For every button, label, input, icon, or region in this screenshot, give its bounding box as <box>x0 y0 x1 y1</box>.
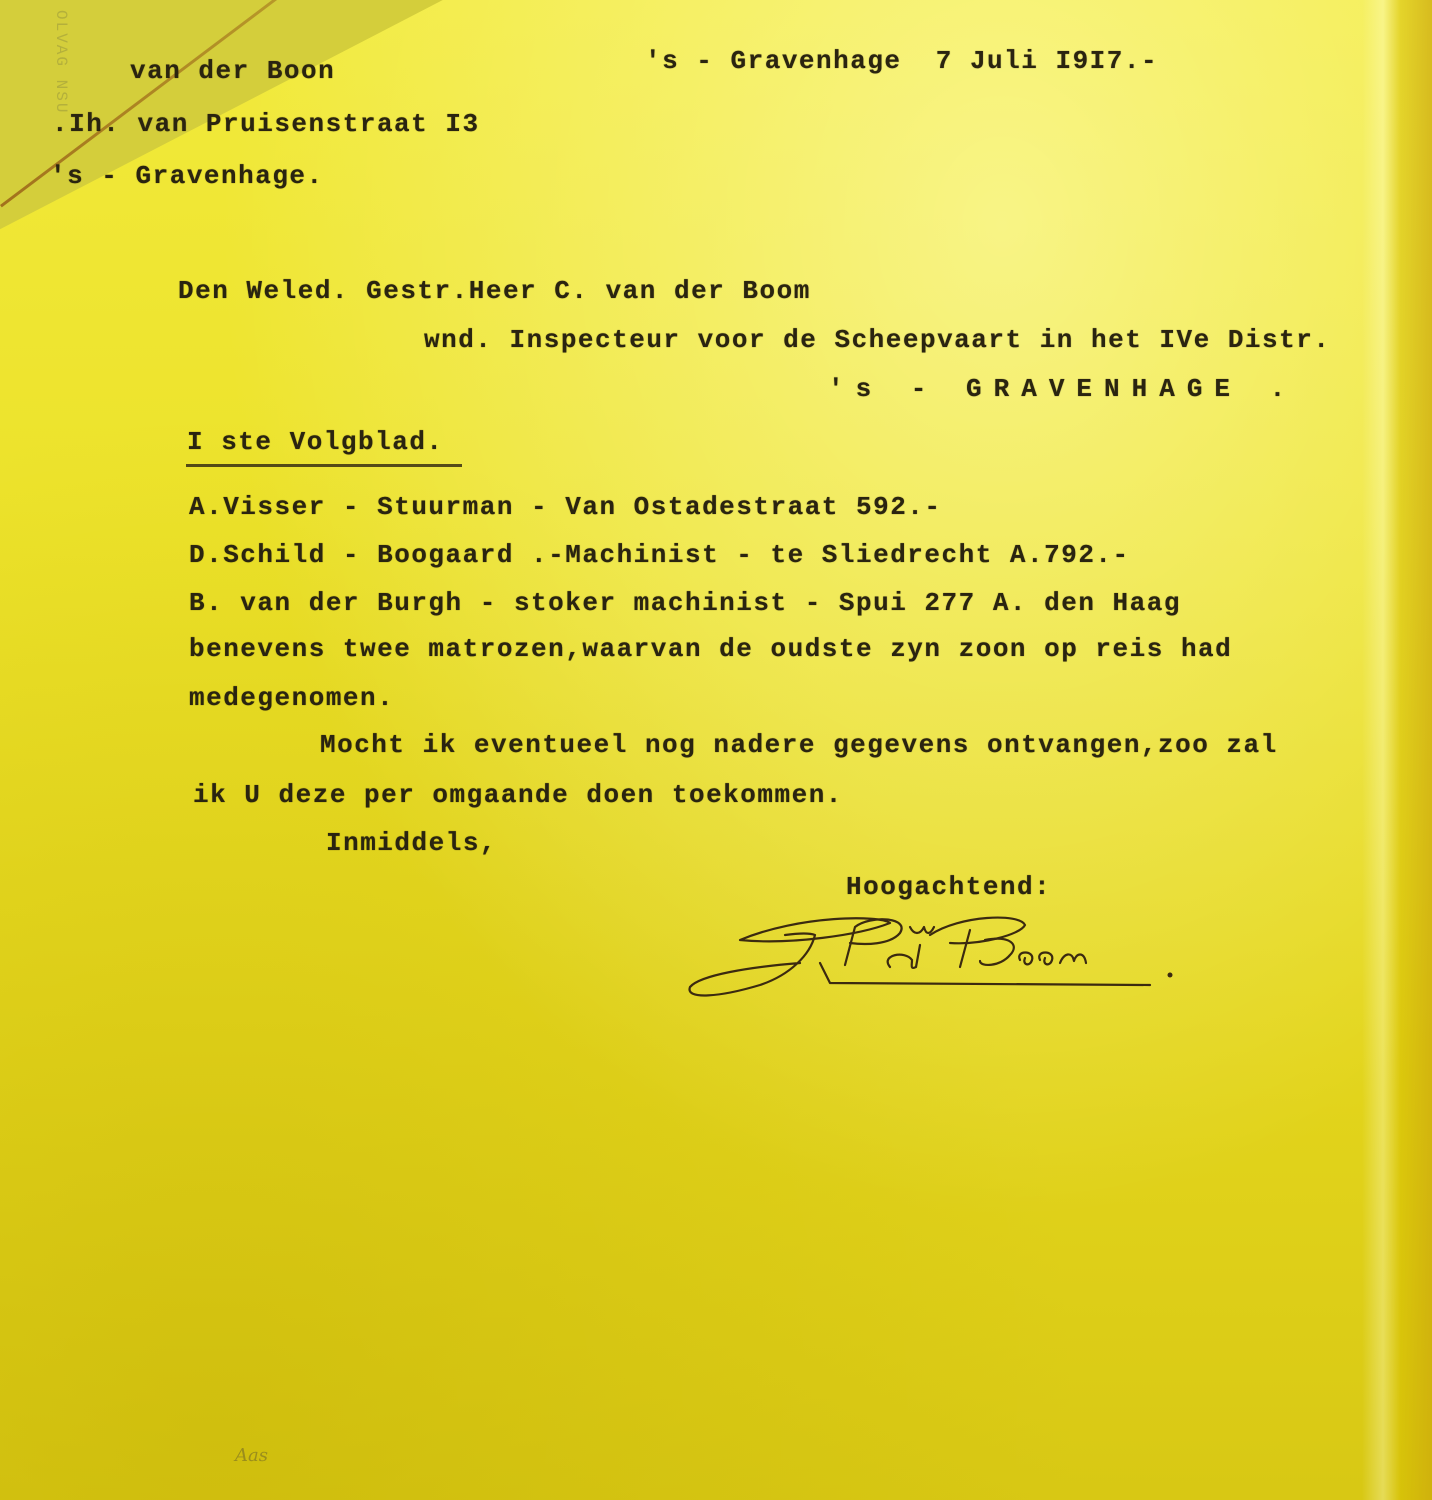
recipient-city: 's - GRAVENHAGE . <box>828 376 1297 402</box>
heading-underline <box>186 464 462 467</box>
closing: Hoogachtend: <box>846 874 1051 900</box>
body-line: Inmiddels, <box>326 830 497 856</box>
pencil-mark: Aas <box>235 1445 268 1466</box>
body-line: B. van der Burgh - stoker machinist - Sp… <box>189 590 1181 616</box>
ghost-stamp-text: OLVAG NSU <box>52 10 70 114</box>
sender-name: van der Boon <box>130 58 335 84</box>
place-date: 's - Gravenhage 7 Juli I9I7.- <box>645 48 1158 74</box>
body-line: medegenomen. <box>189 685 394 711</box>
recipient-salutation: Den Weled. Gestr.Heer C. van der Boom <box>178 278 811 304</box>
body-line: benevens twee matrozen,waarvan de oudste… <box>189 636 1232 662</box>
recipient-title: wnd. Inspecteur voor de Scheepvaart in h… <box>424 327 1330 353</box>
paper-fold-shadow-right <box>1362 0 1432 1500</box>
page-heading: I ste Volgblad. <box>187 429 444 455</box>
body-line: Mocht ik eventueel nog nadere gegevens o… <box>320 732 1278 758</box>
body-line: ik U deze per omgaande doen toekommen. <box>193 782 843 808</box>
body-line: A.Visser - Stuurman - Van Ostadestraat 5… <box>189 494 942 520</box>
sender-street: .Ih. van Pruisenstraat I3 <box>52 111 480 137</box>
handwritten-signature <box>680 905 1200 1015</box>
sender-city: 's - Gravenhage. <box>50 163 324 189</box>
body-line: D.Schild - Boogaard .-Machinist - te Sli… <box>189 542 1130 568</box>
